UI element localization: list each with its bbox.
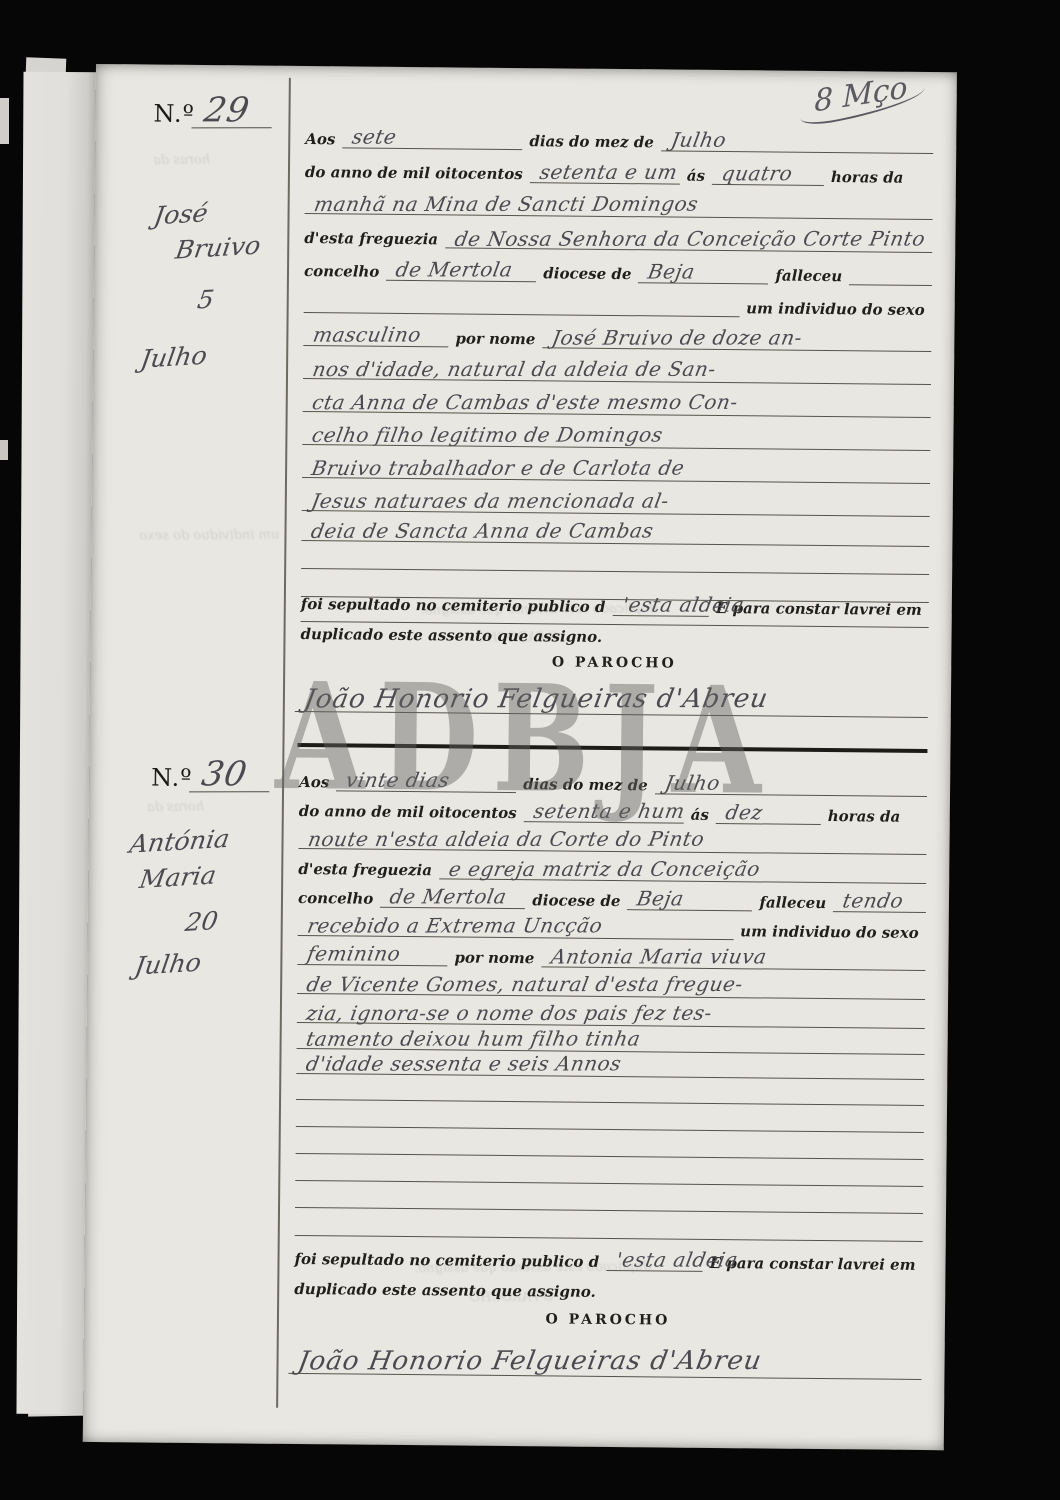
label-aos: Aos: [305, 132, 342, 148]
form-row: masculino por nome José Bruivo de doze a…: [303, 321, 931, 352]
number-value: 29: [192, 93, 279, 128]
label-individuo: um individuo do sexo: [733, 924, 926, 942]
fill-cemiterio: 'esta aldeia: [612, 590, 709, 617]
fill-nome: José Bruivo de doze an-: [542, 322, 931, 352]
fill-pre-sexo: recebido a Extrema Uncção: [298, 910, 734, 940]
fill-month: Julho: [655, 768, 928, 797]
form-row: Jesus naturaes da mencionada al-: [302, 486, 930, 517]
fill-line: [761, 519, 929, 547]
label-duplicado: duplicado este assento que assigno.: [300, 627, 609, 646]
label-freguezia: d'esta freguezia: [298, 862, 439, 879]
form-row: d'esta freguezia de Nossa Senhora da Con…: [304, 222, 932, 253]
form-row: cta Anna de Cambas d'este mesmo Con-: [303, 387, 931, 418]
label-diocese: diocese de: [536, 266, 638, 283]
fill-diocese: Beja: [627, 884, 752, 911]
blank-rule: [295, 1183, 923, 1214]
number-label: N.º: [151, 764, 193, 792]
label-horas: horas da: [824, 170, 911, 187]
folio-annotation: 8 Mço: [814, 70, 907, 119]
margin-name: Bruivo: [173, 231, 262, 265]
bleedthrough-text: um individuo do sexo: [139, 528, 279, 544]
blank-rule: [295, 1211, 923, 1242]
register-page: 8 Mço ADBJA horas da um individuo do sex…: [83, 64, 957, 1450]
record-number: N.º 30: [151, 757, 273, 793]
label-sepultado: foi sepultado no cemiterio publico d: [294, 1252, 606, 1271]
label-sepultado: foi sepultado no cemiterio publico d: [301, 597, 613, 616]
fill-hour: dez: [716, 798, 821, 825]
form-row: concelho de Mertola diocese de Beja fall…: [304, 255, 932, 286]
form-row: duplicado este assento que assigno.: [294, 1273, 922, 1304]
form-row: de Vicente Gomes, natural d'esta fregue-: [297, 969, 925, 1000]
fill-line: deia de Sancta Anna de Cambas: [301, 515, 761, 545]
blank-rule: [301, 544, 929, 575]
fill-falleceu: [849, 259, 932, 286]
fill-concelho: de Mertola: [380, 882, 525, 909]
fill-line: d'idade sessenta e seis Annos: [296, 1048, 726, 1078]
fill-freguezia: e egreja matriz da Conceição: [439, 853, 927, 884]
fill-sexo: feminino: [297, 939, 447, 966]
fill-line: [726, 1052, 924, 1080]
margin-rule: [276, 78, 291, 1408]
label-falleceu: falleceu: [768, 269, 849, 286]
fill-line: Jesus naturaes da mencionada al-: [302, 485, 930, 517]
form-row: Aos vinte dias dias do mez de Julho: [299, 766, 927, 797]
record-number: N.º 29: [153, 93, 275, 129]
label-concelho: concelho: [298, 891, 380, 908]
fill-place: manhã na Mina de Sancti Domingos: [305, 188, 933, 220]
fill-hour: quatro: [712, 159, 824, 186]
rule-line: [301, 543, 929, 575]
fill-diocese: Beja: [638, 257, 768, 284]
margin-name: Antónia: [128, 824, 232, 859]
bleedthrough-text: horas da: [147, 800, 204, 815]
form-row: Bruivo trabalhador e de Carlota de: [302, 453, 930, 484]
form-row: noute n'esta aldeia da Corte do Pinto: [298, 824, 926, 855]
margin-name: José: [152, 198, 210, 230]
fill-sexo: masculino: [303, 320, 448, 347]
fill-month: Julho: [661, 125, 934, 154]
margin-month: Julho: [139, 341, 210, 374]
signature-row: João Honorio Felgueiras d'Abreu: [288, 1328, 921, 1380]
fill-line: cta Anna de Cambas d'este mesmo Con-: [303, 386, 931, 418]
fill-year: setenta e hum: [524, 796, 684, 824]
form-row: concelho de Mertola diocese de Beja fall…: [298, 882, 926, 913]
form-row: manhã na Mina de Sancti Domingos: [305, 189, 933, 220]
form-row: deia de Sancta Anna de Cambas: [301, 516, 929, 547]
label-aos: Aos: [299, 775, 336, 791]
margin-month: Julho: [133, 948, 204, 981]
label-freguezia: d'esta freguezia: [304, 231, 445, 248]
label-concelho: concelho: [304, 264, 386, 281]
label-individuo: um individuo do sexo: [739, 301, 932, 319]
label-dias-mez: dias do mez de: [516, 777, 655, 794]
label-falleceu: falleceu: [752, 896, 833, 913]
page-edge-chip: [0, 440, 8, 460]
label-horas: horas da: [821, 809, 908, 826]
record-divider: [297, 743, 927, 753]
margin-day: 5: [195, 285, 216, 315]
rule-line: [295, 1210, 923, 1242]
fill-year: setenta e um: [530, 157, 680, 184]
label-por-nome: por nome: [448, 332, 542, 349]
register-photo: 8 Mço ADBJA horas da um individuo do sex…: [0, 0, 1060, 1500]
number-value: 30: [189, 757, 276, 792]
form-row: duplicado este assento que assigno.: [300, 618, 928, 649]
form-row: foi sepultado no cemiterio publico d 'es…: [294, 1243, 922, 1274]
label-por-nome: por nome: [447, 951, 541, 968]
label-as: ás: [680, 169, 712, 185]
fill-line: de Vicente Gomes, natural d'esta fregue-: [297, 968, 925, 1000]
form-row: do anno de mil oitocentos setenta e hum …: [299, 795, 927, 826]
fill-day: sete: [342, 122, 522, 150]
form-row: nos d'idade, natural da aldeia de San-: [303, 354, 931, 385]
form-row: Aos sete dias do mez de Julho: [305, 123, 933, 154]
fill-pre-sexo: [304, 287, 740, 317]
form-row: recebido a Extrema Uncção um individuo d…: [298, 911, 926, 942]
form-row: um individuo do sexo: [304, 288, 932, 319]
page-edge-chip: [0, 98, 9, 144]
label-duplicado: duplicado este assento que assigno.: [294, 1282, 603, 1301]
rule-line: [295, 1182, 923, 1214]
fill-cemiterio: 'esta aldeia: [606, 1245, 703, 1272]
fill-nome: Antonia Maria viuva: [541, 941, 925, 971]
label-anno: do anno de mil oitocentos: [305, 165, 530, 183]
signature-row: João Honorio Felgueiras d'Abreu: [295, 666, 928, 718]
form-row: feminino por nome Antonia Maria viuva: [297, 940, 925, 971]
fill-freguezia: de Nossa Senhora da Conceição Corte Pint…: [445, 222, 933, 253]
label-anno: do anno de mil oitocentos: [299, 804, 524, 822]
fill-line: celho filho legitimo de Domingos: [302, 419, 930, 451]
fill-place: noute n'esta aldeia da Corte do Pinto: [298, 823, 926, 855]
signature-line: João Honorio Felgueiras d'Abreu: [295, 665, 928, 718]
fill-line: Bruivo trabalhador e de Carlota de: [302, 452, 930, 484]
priest-signature: João Honorio Felgueiras d'Abreu: [286, 1348, 768, 1375]
label-dias-mez: dias do mez de: [522, 134, 661, 151]
fill-day: vinte dias: [336, 765, 516, 793]
form-row: d'esta freguezia e egreja matriz da Conc…: [298, 853, 926, 884]
number-label: N.º: [153, 100, 195, 128]
priest-signature: João Honorio Felgueiras d'Abreu: [292, 686, 774, 713]
signature-line: João Honorio Felgueiras d'Abreu: [288, 1327, 921, 1380]
fill-falleceu: tendo: [833, 886, 926, 913]
bleedthrough-text: horas da: [153, 153, 210, 168]
form-row: do anno de mil oitocentos setenta e um á…: [305, 156, 933, 187]
form-row: celho filho legitimo de Domingos: [302, 420, 930, 451]
fill-concelho: de Mertola: [386, 255, 536, 282]
fill-line: nos d'idade, natural da aldeia de San-: [303, 353, 931, 385]
margin-day: 20: [183, 906, 220, 937]
label-diocese: diocese de: [525, 893, 627, 910]
margin-name: Maria: [138, 861, 219, 894]
